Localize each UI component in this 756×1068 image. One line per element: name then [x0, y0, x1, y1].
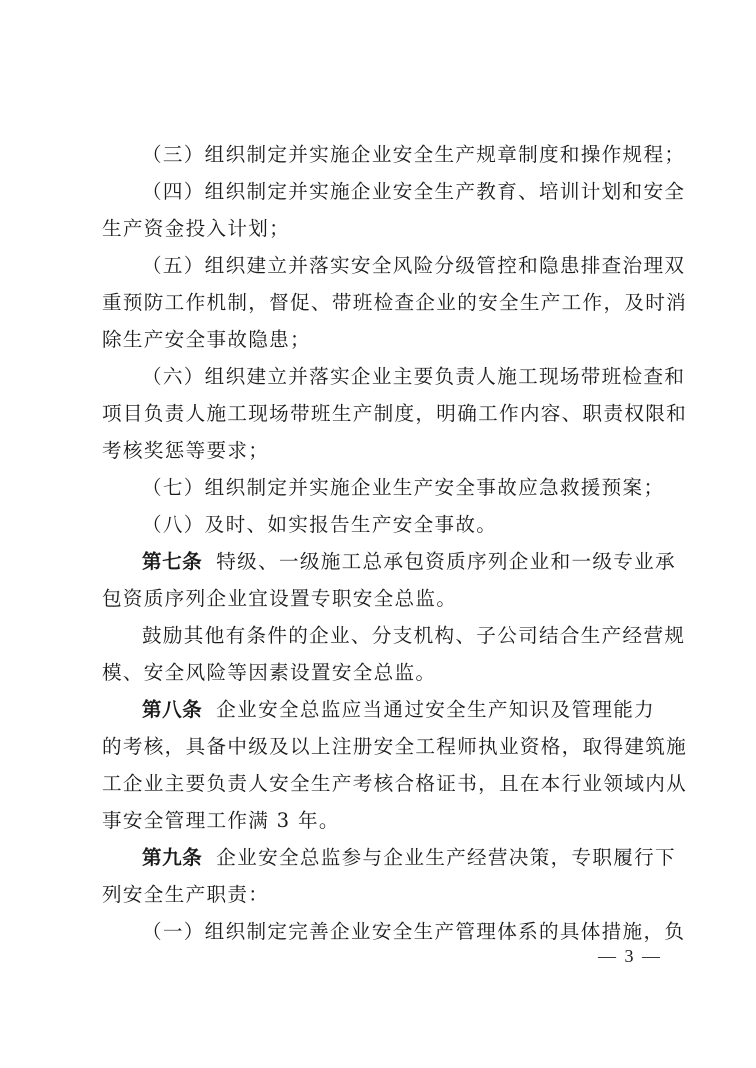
- paragraph-line: 事安全管理工作满 3 年。: [102, 806, 662, 836]
- document-page: — 3 — （三）组织制定并实施企业安全生产规章制度和操作规程；（四）组织制定并…: [0, 0, 756, 1068]
- paragraph-line: 模、安全风险等因素设置安全总监。: [102, 658, 662, 688]
- line-text: 的考核，具备中级及以上注册安全工程师执业资格，取得建筑施: [102, 735, 687, 758]
- line-text: （六）组织建立并落实企业主要负责人施工现场带班检查和: [142, 365, 685, 388]
- article-heading: 第七条: [142, 550, 202, 573]
- line-text: 鼓励其他有条件的企业、分支机构、子公司结合生产经营规: [142, 624, 685, 647]
- line-text: 项目负责人施工现场带班生产制度，明确工作内容、职责权限和: [102, 402, 687, 425]
- paragraph-line: （四）组织制定并实施企业安全生产教育、培训计划和安全: [142, 177, 662, 207]
- article-heading: 第九条: [142, 846, 202, 869]
- line-text: 生产资金投入计划；: [102, 217, 290, 240]
- line-text: 除生产安全事故隐患；: [102, 328, 311, 351]
- line-text: （八）及时、如实报告生产安全事故。: [142, 513, 497, 536]
- article-heading: 第八条: [142, 698, 202, 721]
- article-paragraph-line: 第七条特级、一级施工总承包资质序列企业和一级专业承: [142, 547, 662, 577]
- line-text: 重预防工作机制，督促、带班检查企业的安全生产工作，及时消: [102, 291, 687, 314]
- line-text: 企业安全总监应当通过安全生产知识及管理能力: [216, 698, 655, 721]
- paragraph-line: （七）组织制定并实施企业生产安全事故应急救援预案；: [142, 473, 662, 503]
- paragraph-line: 的考核，具备中级及以上注册安全工程师执业资格，取得建筑施: [102, 732, 662, 762]
- line-text: （一）组织制定完善企业安全生产管理体系的具体措施，负: [142, 920, 685, 943]
- line-text: （三）组织制定并实施企业安全生产规章制度和操作规程；: [142, 143, 685, 166]
- line-text: （五）组织建立并落实安全风险分级管控和隐患排查治理双: [142, 254, 685, 277]
- line-text: （四）组织制定并实施企业安全生产教育、培训计划和安全: [142, 180, 685, 203]
- line-text: 工企业主要负责人安全生产考核合格证书，且在本行业领域内从: [102, 772, 687, 795]
- line-text: 考核奖惩等要求；: [102, 439, 269, 462]
- page-number: — 3 —: [598, 946, 662, 967]
- paragraph-line: 项目负责人施工现场带班生产制度，明确工作内容、职责权限和: [102, 399, 662, 429]
- line-text: （七）组织制定并实施企业生产安全事故应急救援预案；: [142, 476, 664, 499]
- paragraph-line: 重预防工作机制，督促、带班检查企业的安全生产工作，及时消: [102, 288, 662, 318]
- line-text: 事安全管理工作满 3 年。: [102, 809, 340, 832]
- paragraph-line: 鼓励其他有条件的企业、分支机构、子公司结合生产经营规: [142, 621, 662, 651]
- article-paragraph-line: 第八条企业安全总监应当通过安全生产知识及管理能力: [142, 695, 662, 725]
- paragraph-line: 包资质序列企业宜设置专职安全总监。: [102, 584, 662, 614]
- line-text: 包资质序列企业宜设置专职安全总监。: [102, 587, 457, 610]
- paragraph-line: 列安全生产职责：: [102, 880, 662, 910]
- paragraph-line: （八）及时、如实报告生产安全事故。: [142, 510, 662, 540]
- paragraph-line: 生产资金投入计划；: [102, 214, 662, 244]
- paragraph-line: （一）组织制定完善企业安全生产管理体系的具体措施，负: [142, 917, 662, 947]
- line-text: 企业安全总监参与企业生产经营决策，专职履行下: [216, 846, 676, 869]
- paragraph-line: 考核奖惩等要求；: [102, 436, 662, 466]
- line-text: 模、安全风险等因素设置安全总监。: [102, 661, 436, 684]
- paragraph-line: （三）组织制定并实施企业安全生产规章制度和操作规程；: [142, 140, 662, 170]
- paragraph-line: （六）组织建立并落实企业主要负责人施工现场带班检查和: [142, 362, 662, 392]
- paragraph-line: 除生产安全事故隐患；: [102, 325, 662, 355]
- line-text: 特级、一级施工总承包资质序列企业和一级专业承: [216, 550, 676, 573]
- line-text: 列安全生产职责：: [102, 883, 269, 906]
- article-paragraph-line: 第九条企业安全总监参与企业生产经营决策，专职履行下: [142, 843, 662, 873]
- paragraph-line: 工企业主要负责人安全生产考核合格证书，且在本行业领域内从: [102, 769, 662, 799]
- paragraph-line: （五）组织建立并落实安全风险分级管控和隐患排查治理双: [142, 251, 662, 281]
